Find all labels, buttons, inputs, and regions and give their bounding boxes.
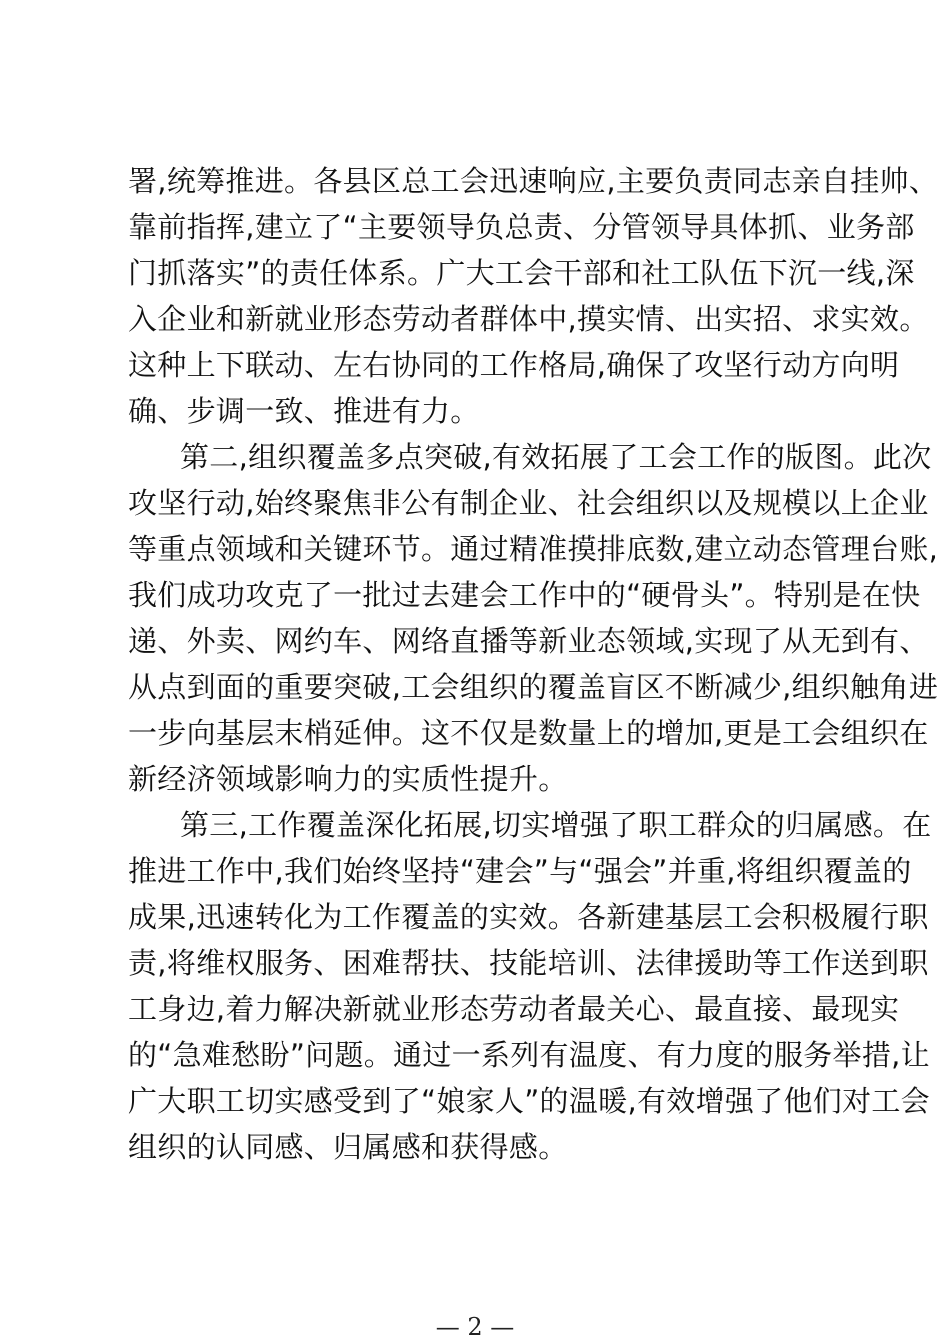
text-line-first: 第二,组织覆盖多点突破,有效拓展了工会工作的版图。此次 xyxy=(128,434,838,480)
paragraph-continuation: 署,统筹推进。各县区总工会迅速响应,主要负责同志亲自挂帅、 靠前指挥,建立了“主… xyxy=(128,158,838,434)
text-line: 推进工作中,我们始终坚持“建会”与“强会”并重,将组织覆盖的 xyxy=(128,848,838,894)
text-line: 工身边,着力解决新就业形态劳动者最关心、最直接、最现实 xyxy=(128,986,838,1032)
text-line: 我们成功攻克了一批过去建会工作中的“硬骨头”。特别是在快 xyxy=(128,572,838,618)
text-line: 一步向基层末梢延伸。这不仅是数量上的增加,更是工会组织在 xyxy=(128,710,838,756)
text-line: 递、外卖、网约车、网络直播等新业态领域,实现了从无到有、 xyxy=(128,618,838,664)
text-line: 等重点领域和关键环节。通过精准摸排底数,建立动态管理台账, xyxy=(128,526,838,572)
text-line: 这种上下联动、左右协同的工作格局,确保了攻坚行动方向明 xyxy=(128,342,838,388)
text-line: 的“急难愁盼”问题。通过一系列有温度、有力度的服务举措,让 xyxy=(128,1032,838,1078)
text-line: 署,统筹推进。各县区总工会迅速响应,主要负责同志亲自挂帅、 xyxy=(128,158,838,204)
text-line: 新经济领域影响力的实质性提升。 xyxy=(128,756,838,802)
text-line-first: 第三,工作覆盖深化拓展,切实增强了职工群众的归属感。在 xyxy=(128,802,838,848)
text-line: 从点到面的重要突破,工会组织的覆盖盲区不断减少,组织触角进 xyxy=(128,664,838,710)
text-line: 靠前指挥,建立了“主要领导负总责、分管领导具体抓、业务部 xyxy=(128,204,838,250)
paragraph-second: 第二,组织覆盖多点突破,有效拓展了工会工作的版图。此次 攻坚行动,始终聚焦非公有… xyxy=(128,434,838,802)
text-line: 成果,迅速转化为工作覆盖的实效。各新建基层工会积极履行职 xyxy=(128,894,838,940)
text-line: 入企业和新就业形态劳动者群体中,摸实情、出实招、求实效。 xyxy=(128,296,838,342)
text-line: 组织的认同感、归属感和获得感。 xyxy=(128,1124,838,1170)
text-line: 广大职工切实感受到了“娘家人”的温暖,有效增强了他们对工会 xyxy=(128,1078,838,1124)
text-line: 责,将维权服务、困难帮扶、技能培训、法律援助等工作送到职 xyxy=(128,940,838,986)
text-line: 确、步调一致、推进有力。 xyxy=(128,388,838,434)
text-line: 门抓落实”的责任体系。广大工会干部和社工队伍下沉一线,深 xyxy=(128,250,838,296)
page-number: — 2 — xyxy=(0,1313,950,1341)
paragraph-third: 第三,工作覆盖深化拓展,切实增强了职工群众的归属感。在 推进工作中,我们始终坚持… xyxy=(128,802,838,1170)
document-page: 署,统筹推进。各县区总工会迅速响应,主要负责同志亲自挂帅、 靠前指挥,建立了“主… xyxy=(0,0,950,1344)
text-line: 攻坚行动,始终聚焦非公有制企业、社会组织以及规模以上企业 xyxy=(128,480,838,526)
body-text: 署,统筹推进。各县区总工会迅速响应,主要负责同志亲自挂帅、 靠前指挥,建立了“主… xyxy=(128,158,838,1170)
